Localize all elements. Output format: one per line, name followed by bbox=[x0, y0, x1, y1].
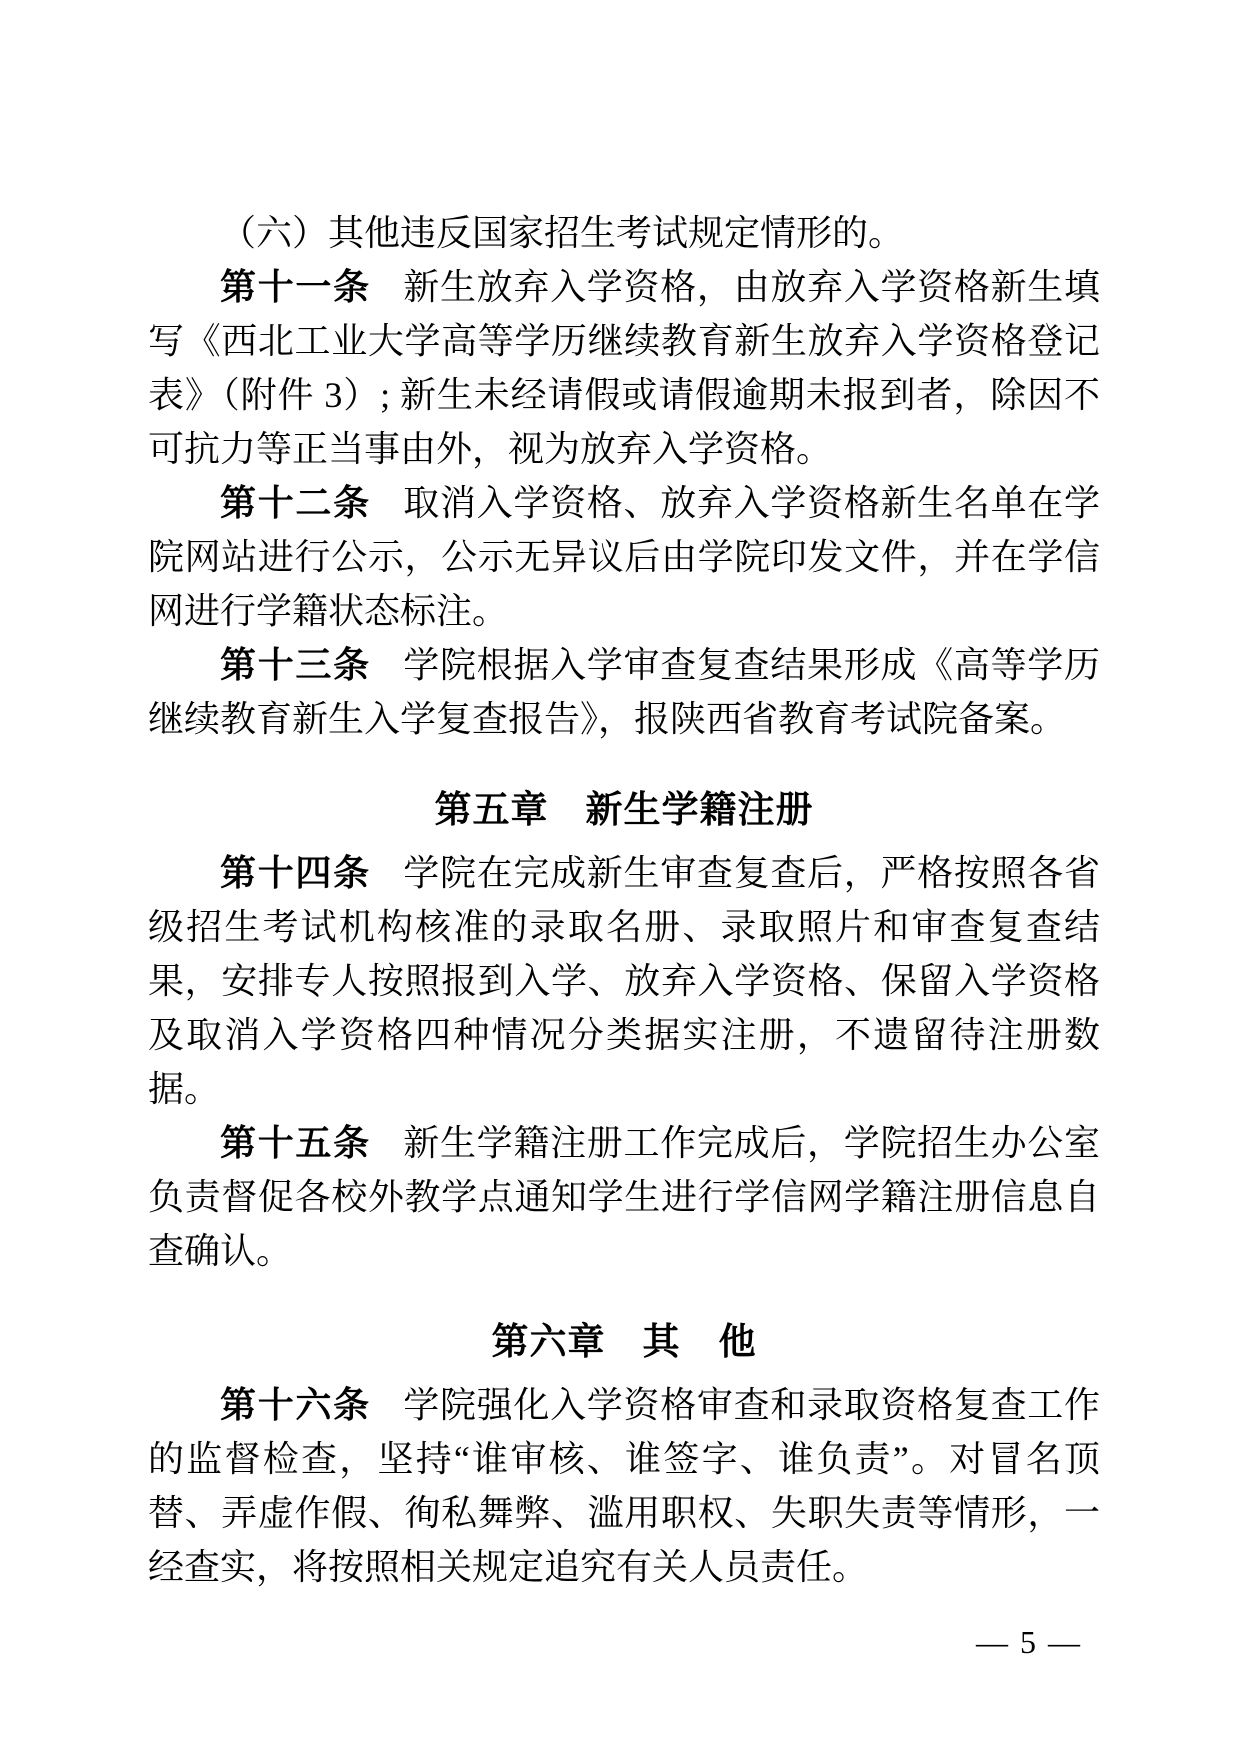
article-14-number: 第十四条 bbox=[220, 852, 371, 893]
article-12-number: 第十二条 bbox=[220, 482, 371, 523]
article-13-paragraph: 第十三条学院根据入学审查复查结果形成《高等学历继续教育新生入学复查报告》，报陕西… bbox=[148, 638, 1100, 746]
article-13-number: 第十三条 bbox=[220, 644, 371, 685]
article-15-number: 第十五条 bbox=[220, 1122, 371, 1163]
article-16-paragraph: 第十六条学院强化入学资格审查和录取资格复查工作的监督检查，坚持“谁审核、谁签字、… bbox=[148, 1378, 1100, 1594]
clause-six-paragraph: （六）其他违反国家招生考试规定情形的。 bbox=[148, 206, 1100, 260]
chapter-5-heading: 第五章新生学籍注册 bbox=[148, 782, 1100, 838]
document-page: （六）其他违反国家招生考试规定情形的。 第十一条新生放弃入学资格，由放弃入学资格… bbox=[0, 0, 1240, 1754]
page-number: — 5 — bbox=[976, 1622, 1082, 1662]
document-body: （六）其他违反国家招生考试规定情形的。 第十一条新生放弃入学资格，由放弃入学资格… bbox=[148, 206, 1100, 1594]
article-12-paragraph: 第十二条取消入学资格、放弃入学资格新生名单在学院网站进行公示，公示无异议后由学院… bbox=[148, 476, 1100, 638]
chapter-5-number: 第五章 bbox=[435, 789, 549, 830]
chapter-6-number: 第六章 bbox=[492, 1321, 606, 1362]
article-14-paragraph: 第十四条学院在完成新生审查复查后，严格按照各省级招生考试机构核准的录取名册、录取… bbox=[148, 846, 1100, 1116]
article-15-paragraph: 第十五条新生学籍注册工作完成后，学院招生办公室负责督促各校外教学点通知学生进行学… bbox=[148, 1116, 1100, 1278]
clause-six-text: （六）其他违反国家招生考试规定情形的。 bbox=[220, 213, 904, 253]
article-11-paragraph: 第十一条新生放弃入学资格，由放弃入学资格新生填写《西北工业大学高等学历继续教育新… bbox=[148, 260, 1100, 476]
article-16-number: 第十六条 bbox=[220, 1384, 371, 1425]
chapter-6-heading: 第六章其 他 bbox=[148, 1314, 1100, 1370]
chapter-6-title: 其 他 bbox=[643, 1321, 757, 1362]
article-11-number: 第十一条 bbox=[220, 266, 371, 307]
chapter-5-title: 新生学籍注册 bbox=[586, 789, 814, 830]
